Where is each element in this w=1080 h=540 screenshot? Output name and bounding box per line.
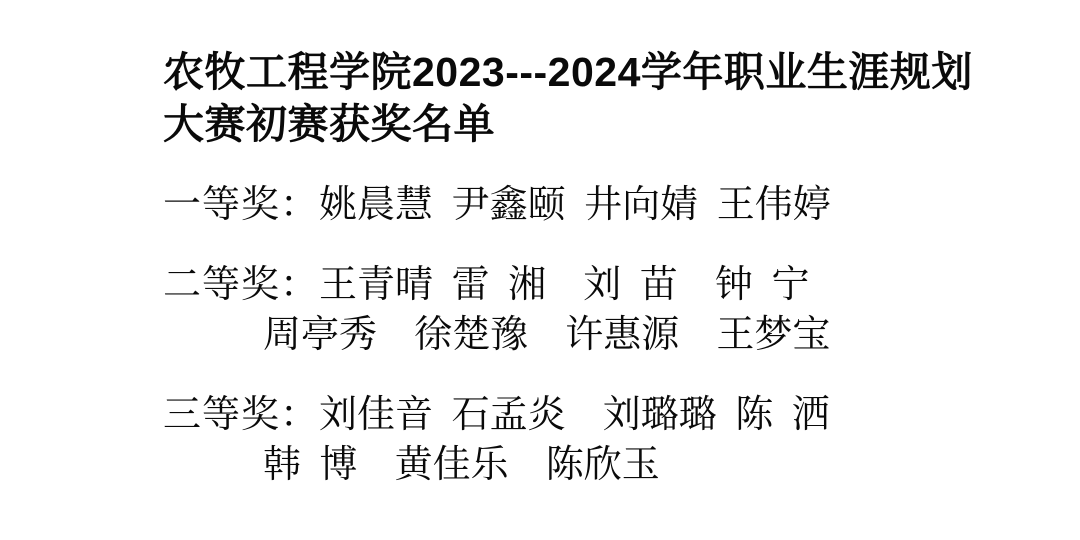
award-line: 一等奖：姚晨慧 尹鑫颐 井向婧 王伟婷 (163, 180, 1040, 230)
award-line: 三等奖：刘佳音 石孟炎 刘璐璐 陈 洒 (163, 390, 1040, 440)
title-line-2: 大赛初赛获奖名单 (163, 101, 495, 147)
award-label-first-prize: 一等奖： (163, 184, 319, 226)
award-line-continuation: 韩 博 黄佳乐 陈欣玉 (163, 440, 1040, 490)
award-label-third-prize: 三等奖： (163, 394, 319, 436)
title-line-1: 农牧工程学院2023---2024学年职业生涯规划 (163, 49, 973, 95)
award-group-third-prize: 三等奖：刘佳音 石孟炎 刘璐璐 陈 洒 韩 博 黄佳乐 陈欣玉 (163, 390, 1040, 490)
award-names: 姚晨慧 尹鑫颐 井向婧 王伟婷 (319, 184, 831, 226)
award-group-first-prize: 一等奖：姚晨慧 尹鑫颐 井向婧 王伟婷 (163, 180, 1040, 230)
page: { "colors": { "background": "#ffffff", "… (0, 0, 1080, 540)
award-group-second-prize: 二等奖：王青晴 雷 湘 刘 苗 钟 宁 周亭秀 徐楚豫 许惠源 王梦宝 (163, 260, 1040, 360)
award-document: 农牧工程学院2023---2024学年职业生涯规划大赛初赛获奖名单 一等奖：姚晨… (163, 46, 1040, 520)
award-label-second-prize: 二等奖： (163, 264, 319, 306)
award-names: 刘佳音 石孟炎 刘璐璐 陈 洒 (319, 394, 830, 436)
award-line: 二等奖：王青晴 雷 湘 刘 苗 钟 宁 (163, 260, 1040, 310)
award-names: 王青晴 雷 湘 刘 苗 钟 宁 (319, 264, 809, 306)
award-names: 周亭秀 徐楚豫 许惠源 王梦宝 (263, 314, 830, 356)
award-names: 韩 博 黄佳乐 陈欣玉 (263, 444, 660, 486)
award-line-continuation: 周亭秀 徐楚豫 许惠源 王梦宝 (163, 310, 1040, 360)
document-title: 农牧工程学院2023---2024学年职业生涯规划大赛初赛获奖名单 (163, 46, 1040, 150)
